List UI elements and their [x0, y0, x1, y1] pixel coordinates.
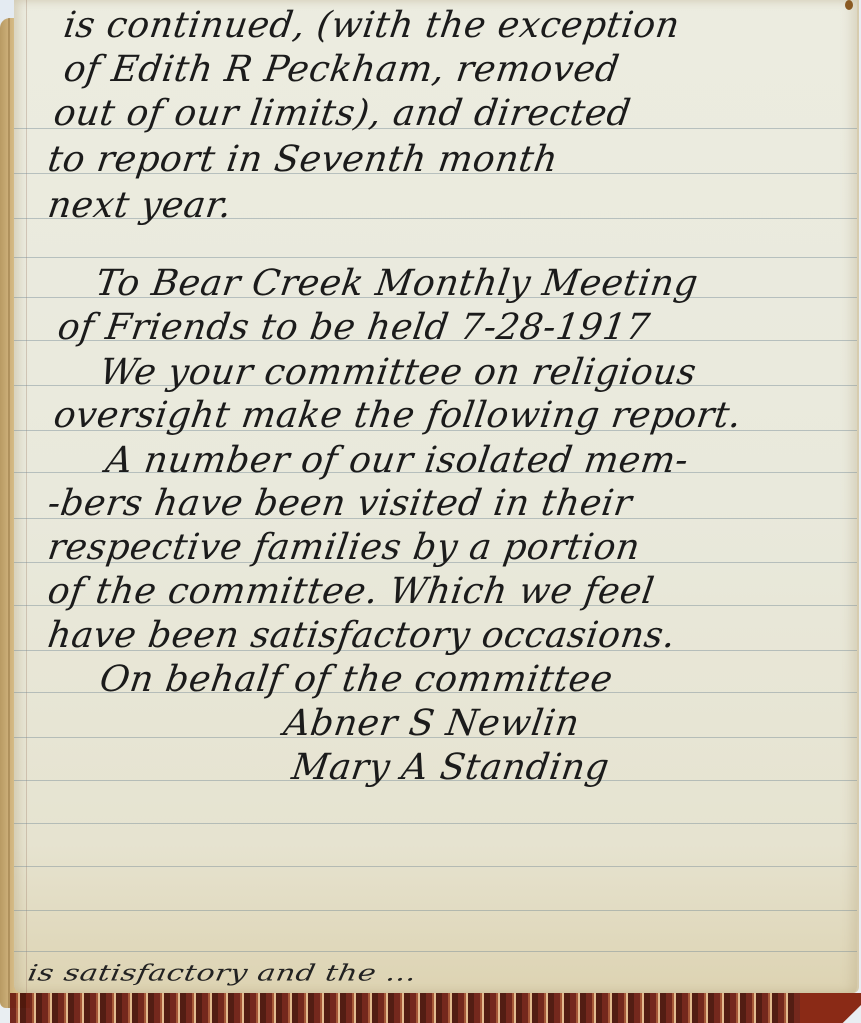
handwritten-line: -bers have been visited in their: [45, 486, 634, 522]
ruled-line: [14, 951, 857, 952]
handwritten-line: A number of our isolated mem-: [103, 443, 690, 479]
signature: Abner S Newlin: [281, 706, 581, 742]
handwritten-line: of Edith R Peckham, removed: [61, 52, 621, 88]
marbled-book-edge: [10, 993, 800, 1023]
closing-line: On behalf of the committee: [97, 662, 614, 698]
signature: Mary A Standing: [289, 750, 611, 786]
handwritten-line: of the committee. Which we feel: [45, 574, 656, 610]
ruled-line: [14, 823, 857, 824]
handwritten-line: to report in Seventh month: [45, 142, 560, 178]
notebook-page: is continued, (with the exception of Edi…: [14, 0, 859, 993]
handwritten-line: next year.: [45, 188, 234, 224]
ruled-line: [14, 910, 857, 911]
ruled-line: [14, 866, 857, 867]
next-page-partial-line: is satisfactory and the ...: [26, 963, 418, 986]
handwritten-line: We your committee on religious: [97, 355, 698, 391]
address-line: of Friends to be held 7-28-1917: [55, 310, 652, 346]
handwritten-line: is continued, (with the exception: [61, 8, 681, 44]
marbled-book-edge-corner: [800, 993, 861, 1023]
handwritten-line: have been satisfactory occasions.: [45, 618, 677, 654]
address-line: To Bear Creek Monthly Meeting: [93, 266, 700, 302]
handwritten-line: respective families by a portion: [45, 530, 642, 566]
ink-stain: [845, 0, 853, 10]
handwritten-line: out of our limits), and directed: [51, 96, 633, 132]
margin-line: [26, 0, 27, 993]
ruled-line: [14, 257, 857, 258]
handwritten-line: oversight make the following report.: [51, 398, 743, 434]
